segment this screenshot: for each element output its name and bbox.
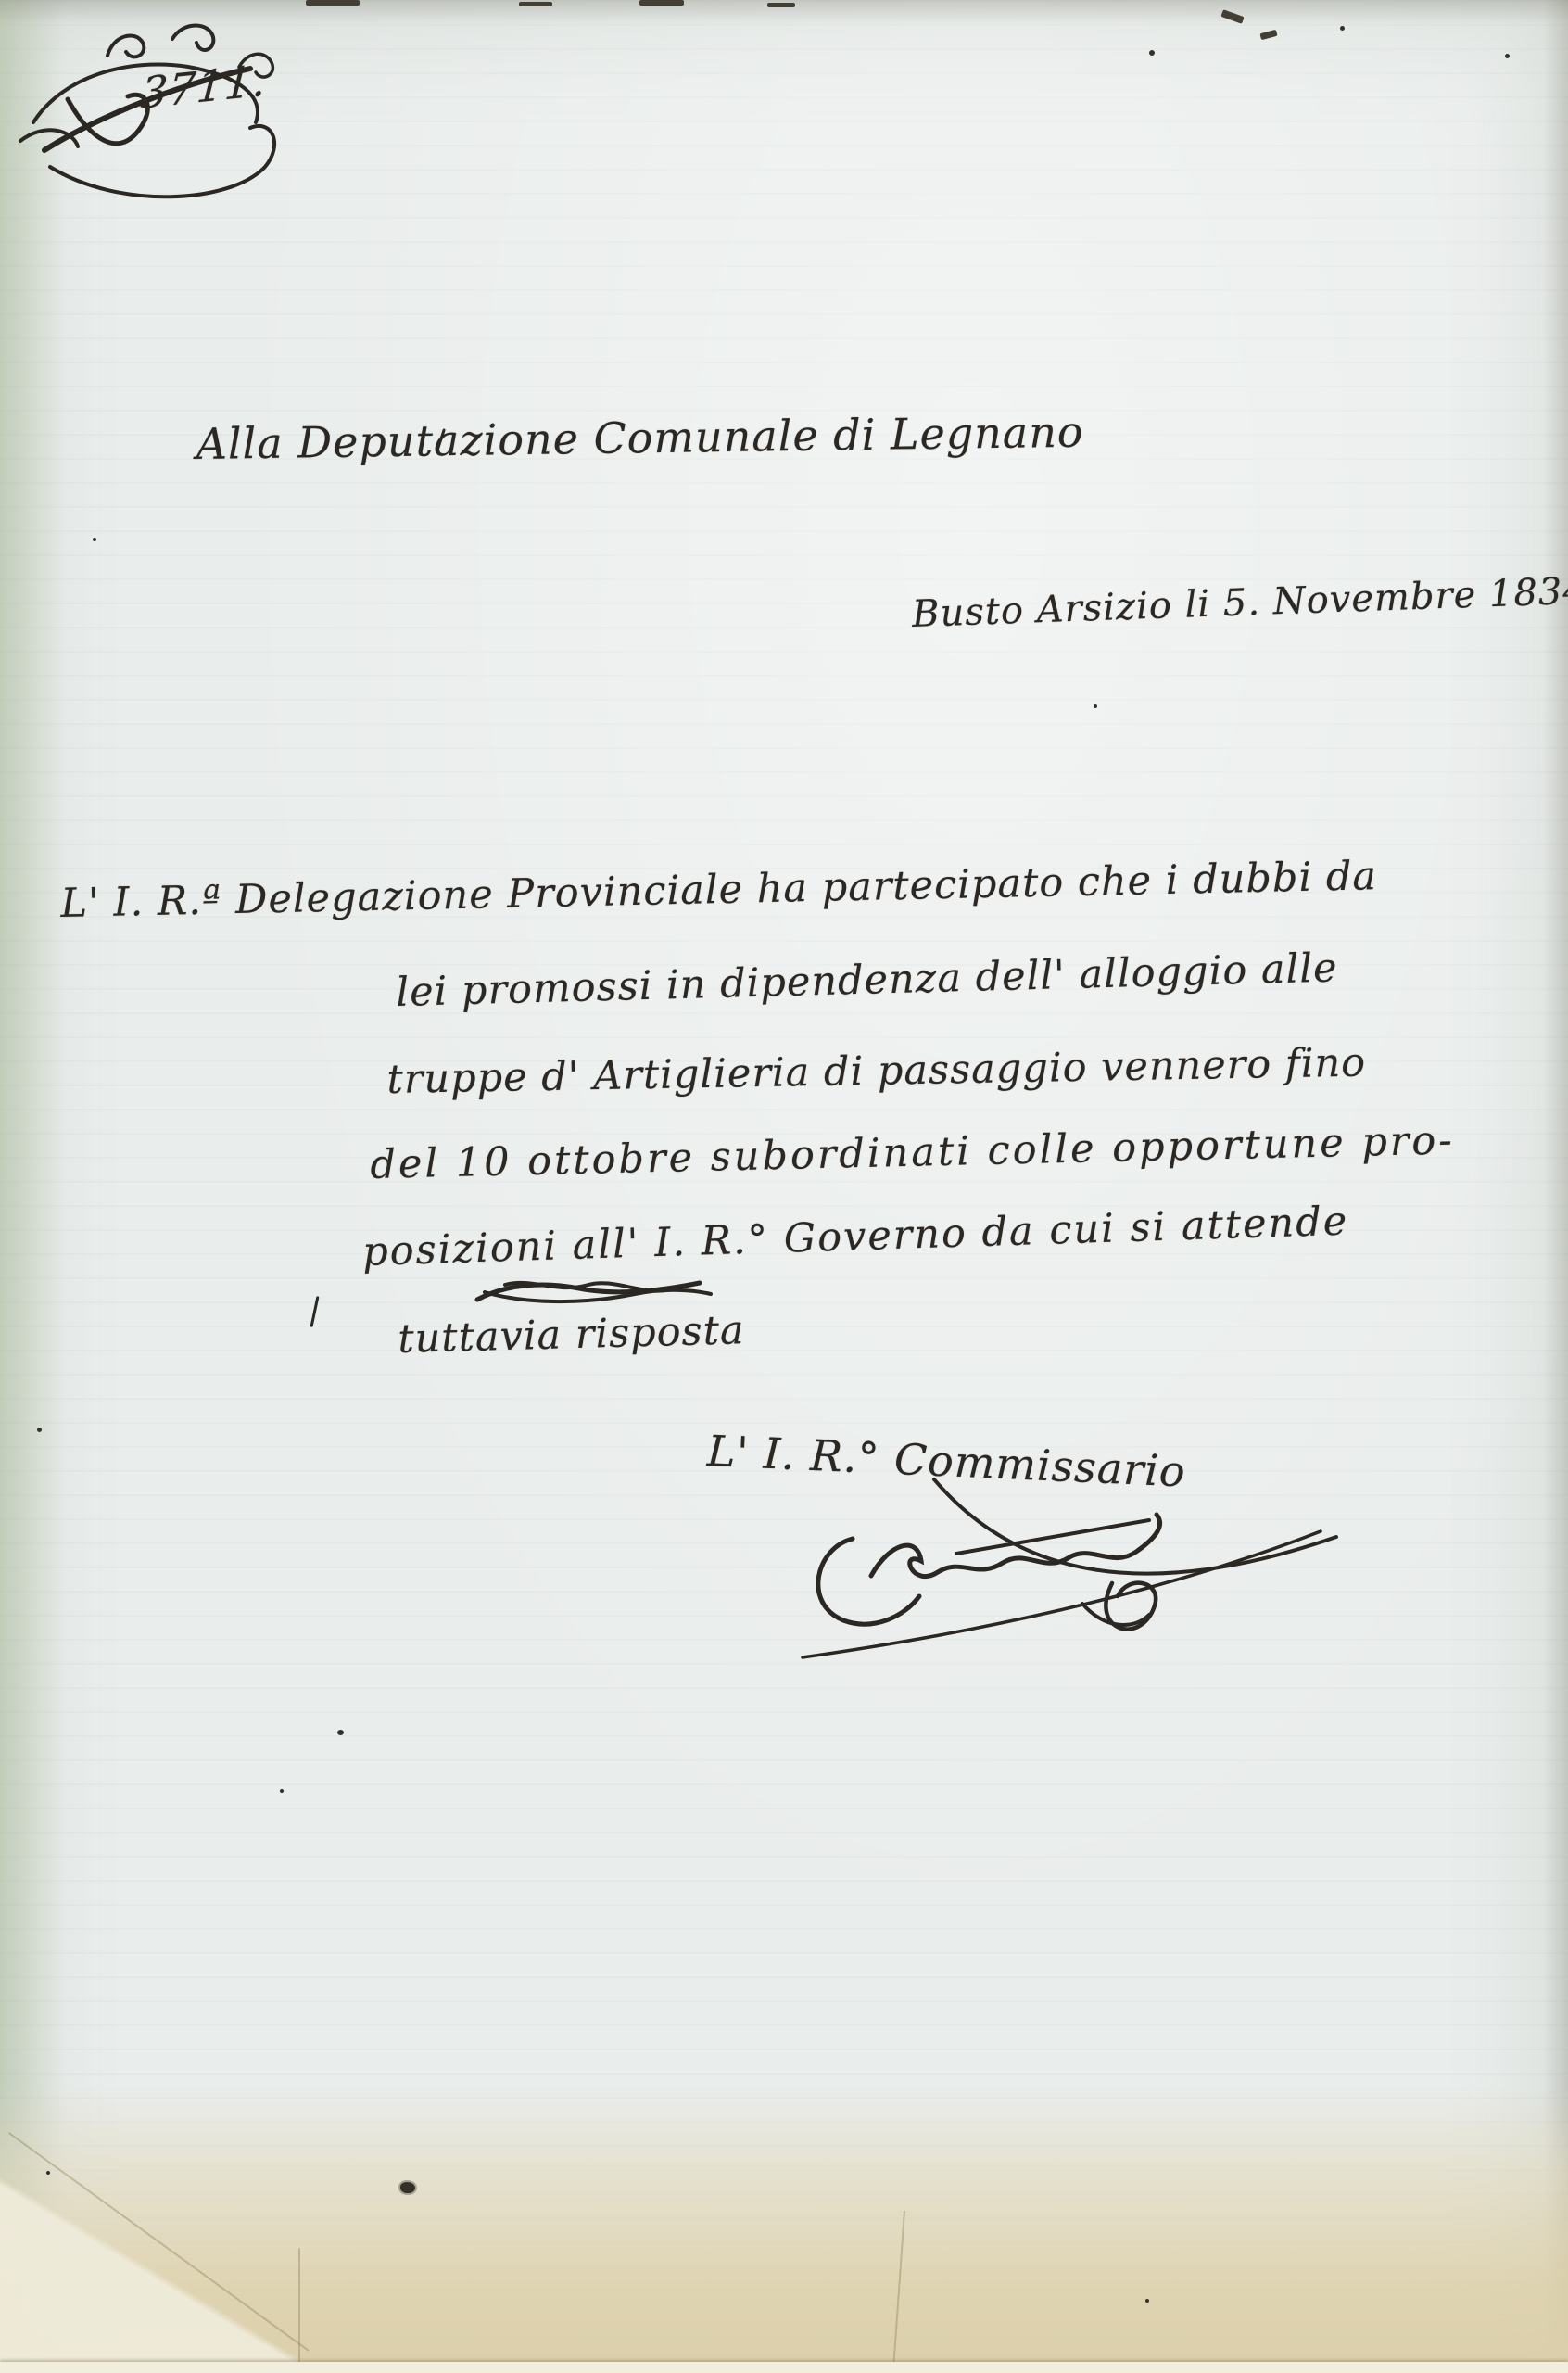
torn-edge-mark bbox=[306, 0, 360, 6]
ink-speck bbox=[1149, 50, 1155, 56]
ink-speck bbox=[280, 1789, 284, 1793]
paper-torn-bottom-edge bbox=[0, 2362, 1568, 2373]
torn-edge-mark bbox=[1259, 30, 1277, 40]
dateline: Busto Arsizio li 5. Novembre 1834. bbox=[911, 569, 1568, 636]
pen-tick-mark bbox=[310, 1296, 319, 1327]
body-line: L' I. R.ª Delegazione Provinciale ha par… bbox=[60, 853, 1378, 927]
ink-speck bbox=[1505, 54, 1510, 58]
body-line: del 10 ottobre subordinati colle opportu… bbox=[370, 1117, 1455, 1188]
ink-blot bbox=[400, 2182, 415, 2193]
body-line: truppe d' Artiglieria di passaggio venne… bbox=[386, 1040, 1366, 1103]
body-line: lei promossi in dipendenza dell' alloggi… bbox=[396, 945, 1338, 1016]
ink-speck bbox=[46, 2171, 50, 2175]
torn-edge-mark bbox=[519, 2, 552, 6]
ink-speck bbox=[1094, 704, 1097, 708]
ink-speck bbox=[93, 538, 96, 541]
ink-speck bbox=[1145, 2299, 1149, 2303]
paper-left-shadow bbox=[0, 0, 65, 2373]
paper-fold-crease bbox=[298, 2248, 300, 2373]
recipient-line: Alla Deputazione Comunale di Legnano bbox=[196, 407, 1084, 469]
paper-right-shadow bbox=[1544, 0, 1568, 2373]
torn-edge-mark bbox=[767, 3, 795, 7]
torn-edge-mark bbox=[639, 0, 684, 6]
manuscript-page: 3711. Alla Deputazione Comunale di Legna… bbox=[0, 0, 1568, 2373]
ink-speck bbox=[37, 1428, 42, 1432]
body-line: posizioni all' I. R.° Governo da cui si … bbox=[361, 1199, 1348, 1275]
ink-speck bbox=[1340, 26, 1345, 31]
ink-speck bbox=[337, 1730, 344, 1735]
signature-flourish-icon bbox=[714, 1465, 1372, 1673]
strikethrough-scribble-icon bbox=[468, 1266, 755, 1322]
